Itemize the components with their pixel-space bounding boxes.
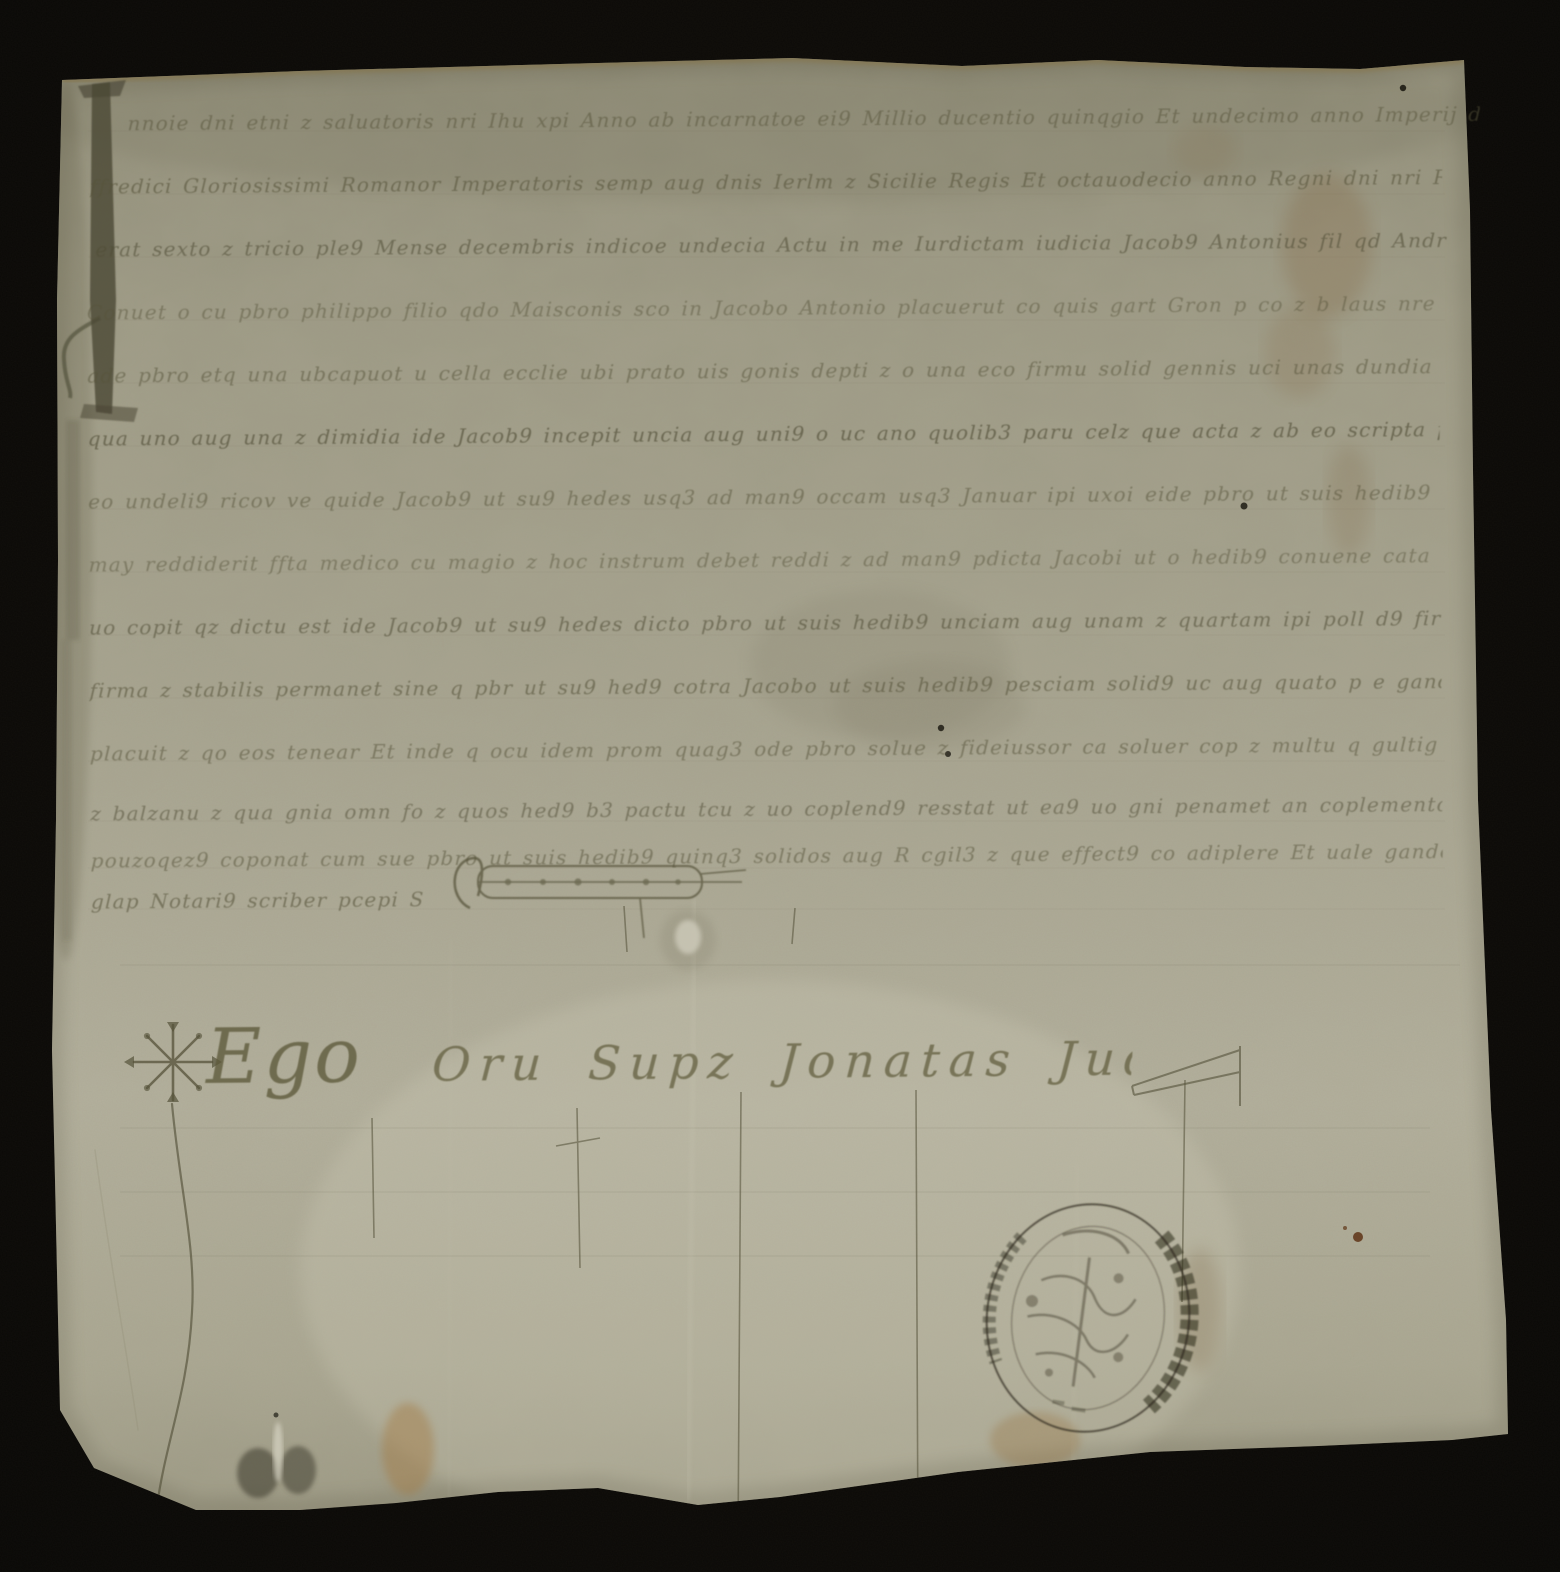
parchment-surface-details bbox=[0, 0, 1560, 1572]
parchment-graphic bbox=[0, 0, 1560, 1572]
parchment-photograph: nnoie dni etni z saluatoris nri Ihu xpi … bbox=[0, 0, 1560, 1572]
